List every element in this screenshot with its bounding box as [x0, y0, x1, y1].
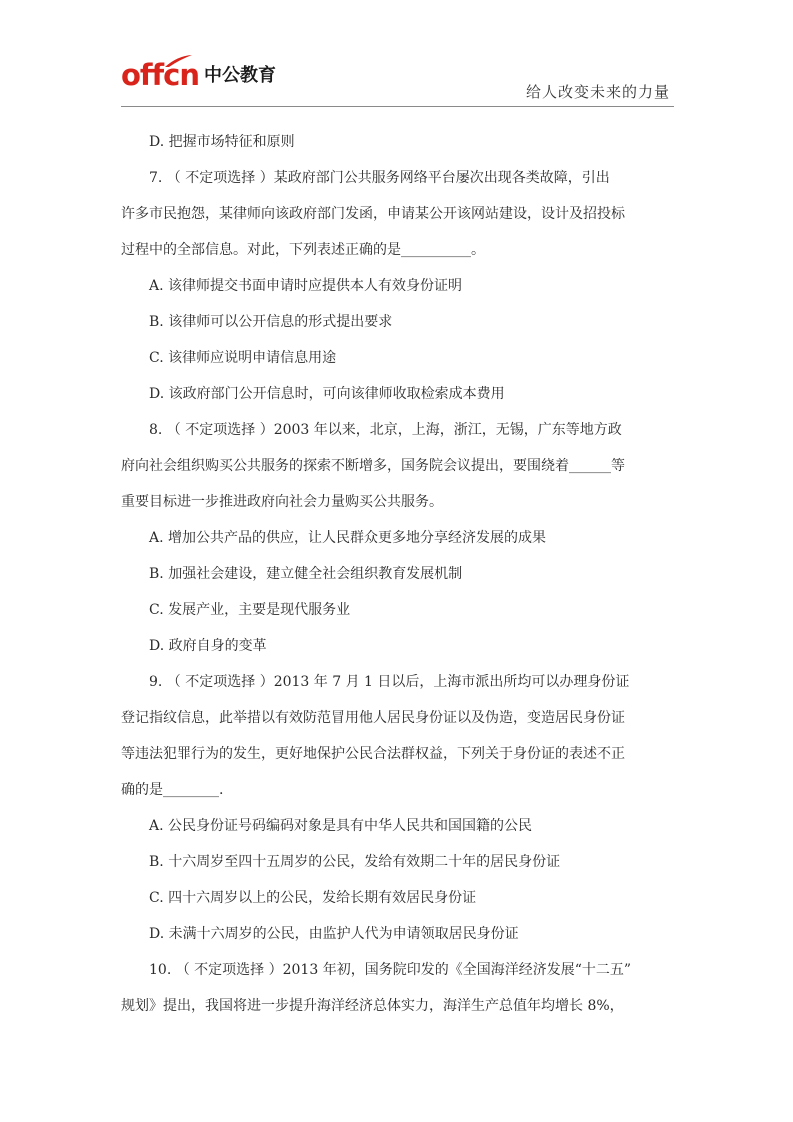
- option-b: B. 加强社会建设，建立健全社会组织教育发展机制: [121, 556, 674, 592]
- logo-swoosh-icon: [163, 54, 193, 68]
- question-9-line: 9. （ 不定项选择 ）2013 年 7 月 1 日以后，上海市派出所均可以办理…: [121, 664, 674, 700]
- option-d: D. 该政府部门公开信息时，可向该律师收取检索成本费用: [121, 376, 674, 412]
- text-line: 等违法犯罪行为的发生，更好地保护公民合法群权益，下列关于身份证的表述不正: [121, 736, 674, 772]
- question-8-line: 8. （ 不定项选择 ）2003 年以来，北京，上海，浙江，无锡，广东等地方政: [121, 412, 674, 448]
- option-b: B. 十六周岁至四十五周岁的公民，发给有效期二十年的居民身份证: [121, 844, 674, 880]
- question-10-line: 10. （ 不定项选择 ）2013 年初，国务院印发的《全国海洋经济发展“十二五…: [121, 952, 674, 988]
- logo-wordmark: offcn: [121, 60, 199, 90]
- option-c: C. 发展产业，主要是现代服务业: [121, 592, 674, 628]
- text-line: 确的是________.: [121, 772, 674, 808]
- option-d: D. 未满十六周岁的公民，由监护人代为申请领取居民身份证: [121, 916, 674, 952]
- option-b: B. 该律师可以公开信息的形式提出要求: [121, 304, 674, 340]
- option-d: D. 政府自身的变革: [121, 628, 674, 664]
- text-line: D. 把握市场特征和原则: [121, 124, 674, 160]
- option-c: C. 该律师应说明申请信息用途: [121, 340, 674, 376]
- option-a: A. 该律师提交书面申请时应提供本人有效身份证明: [121, 268, 674, 304]
- text-line: 府向社会组织购买公共服务的探索不断增多，国务院会议提出，要围绕着______等: [121, 448, 674, 484]
- page-header: offcn 中公教育 给人改变未来的力量: [121, 54, 674, 107]
- question-7-line: 7. （ 不定项选择 ）某政府部门公共服务网络平台屡次出现各类故障，引出: [121, 160, 674, 196]
- text-line: 重要目标进一步推进政府向社会力量购买公共服务。: [121, 484, 674, 520]
- option-a: A. 公民身份证号码编码对象是具有中华人民共和国国籍的公民: [121, 808, 674, 844]
- option-c: C. 四十六周岁以上的公民，发给长期有效居民身份证: [121, 880, 674, 916]
- text-line: 规划》提出，我国将进一步提升海洋经济总体实力，海洋生产总值年均增长 8%，: [121, 988, 674, 1024]
- document-body: D. 把握市场特征和原则 7. （ 不定项选择 ）某政府部门公共服务网络平台屡次…: [121, 124, 674, 1024]
- option-a: A. 增加公共产品的供应，让人民群众更多地分享经济发展的成果: [121, 520, 674, 556]
- text-line: 许多市民抱怨，某律师向该政府部门发函，申请某公开该网站建设，设计及招投标: [121, 196, 674, 232]
- slogan: 给人改变未来的力量: [526, 81, 670, 102]
- text-line: 登记指纹信息，此举措以有效防范冒用他人居民身份证以及伪造，变造居民身份证: [121, 700, 674, 736]
- text-line: 过程中的全部信息。对此，下列表述正确的是__________。: [121, 232, 674, 268]
- logo-chinese-name: 中公教育: [204, 62, 276, 90]
- offcn-logo: offcn 中公教育: [121, 56, 276, 90]
